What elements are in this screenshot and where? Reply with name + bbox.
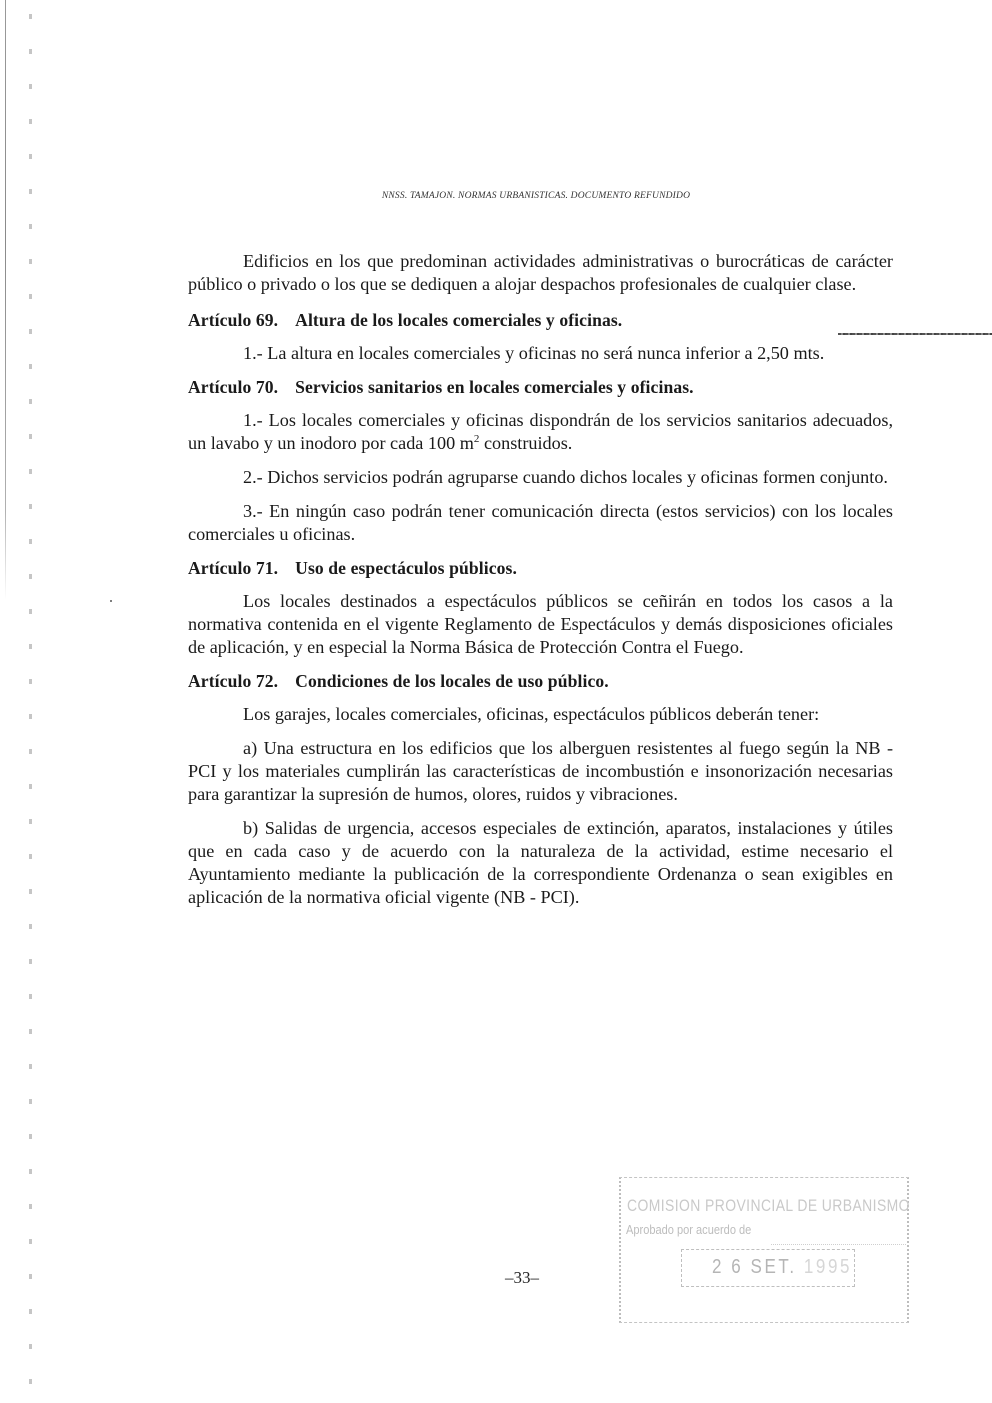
approval-stamp: COMISION PROVINCIAL DE URBANISMO Aprobad…: [619, 1177, 909, 1323]
article-heading: Artículo 72.Condiciones de los locales d…: [188, 670, 893, 693]
article-72: Artículo 72.Condiciones de los locales d…: [188, 670, 893, 909]
page-number: –33–: [505, 1268, 539, 1288]
article-paragraph: 1.- La altura en locales comerciales y o…: [188, 342, 893, 365]
stamp-subtitle: Aprobado por acuerdo de: [626, 1222, 751, 1237]
article-title: Uso de espectáculos públicos.: [295, 558, 517, 578]
article-paragraph: a) Una estructura en los edificios que l…: [188, 737, 893, 806]
article-number: Artículo 72.: [188, 670, 278, 693]
article-number: Artículo 69.: [188, 309, 278, 332]
article-paragraph: 3.- En ningún caso podrán tener comunica…: [188, 500, 893, 546]
article-paragraph: Los locales destinados a espectáculos pú…: [188, 590, 893, 659]
article-heading: Artículo 71.Uso de espectáculos públicos…: [188, 557, 893, 580]
scan-edge-line: [5, 0, 6, 600]
article-number: Artículo 71.: [188, 557, 278, 580]
article-title: Altura de los locales comerciales y ofic…: [295, 310, 622, 330]
paragraph-text-tail: construidos.: [479, 433, 572, 453]
article-heading: Artículo 69.Altura de los locales comerc…: [188, 309, 893, 332]
running-header: NNSS. TAMAJON. NORMAS URBANISTICAS. DOCU…: [0, 191, 992, 201]
binding-marks: [29, 0, 32, 1403]
stamp-title: COMISION PROVINCIAL DE URBANISMO: [627, 1196, 910, 1216]
article-70: Artículo 70.Servicios sanitarios en loca…: [188, 376, 893, 546]
article-paragraph: 2.- Dichos servicios podrán agruparse cu…: [188, 466, 893, 489]
stamp-date: 2 6 SET. 1995: [712, 1256, 852, 1279]
stamp-divider: [771, 1244, 906, 1246]
document-body: Edificios en los que predominan activida…: [188, 250, 893, 920]
article-heading: Artículo 70.Servicios sanitarios en loca…: [188, 376, 893, 399]
article-paragraph: 1.- Los locales comerciales y oficinas d…: [188, 409, 893, 455]
article-paragraph: b) Salidas de urgencia, accesos especial…: [188, 817, 893, 909]
article-69: Artículo 69.Altura de los locales comerc…: [188, 309, 893, 365]
article-title: Servicios sanitarios en locales comercia…: [295, 377, 694, 397]
scan-speck: [110, 600, 112, 602]
stamp-date-year: 1995: [804, 1256, 852, 1278]
stamp-date-box: 2 6 SET. 1995: [681, 1249, 855, 1287]
stamp-date-day-month: 2 6 SET.: [712, 1256, 804, 1278]
article-71: Artículo 71.Uso de espectáculos públicos…: [188, 557, 893, 659]
article-paragraph: Los garajes, locales comerciales, oficin…: [188, 703, 893, 726]
article-number: Artículo 70.: [188, 376, 278, 399]
article-title: Condiciones de los locales de uso públic…: [295, 671, 609, 691]
intro-paragraph: Edificios en los que predominan activida…: [188, 250, 893, 296]
